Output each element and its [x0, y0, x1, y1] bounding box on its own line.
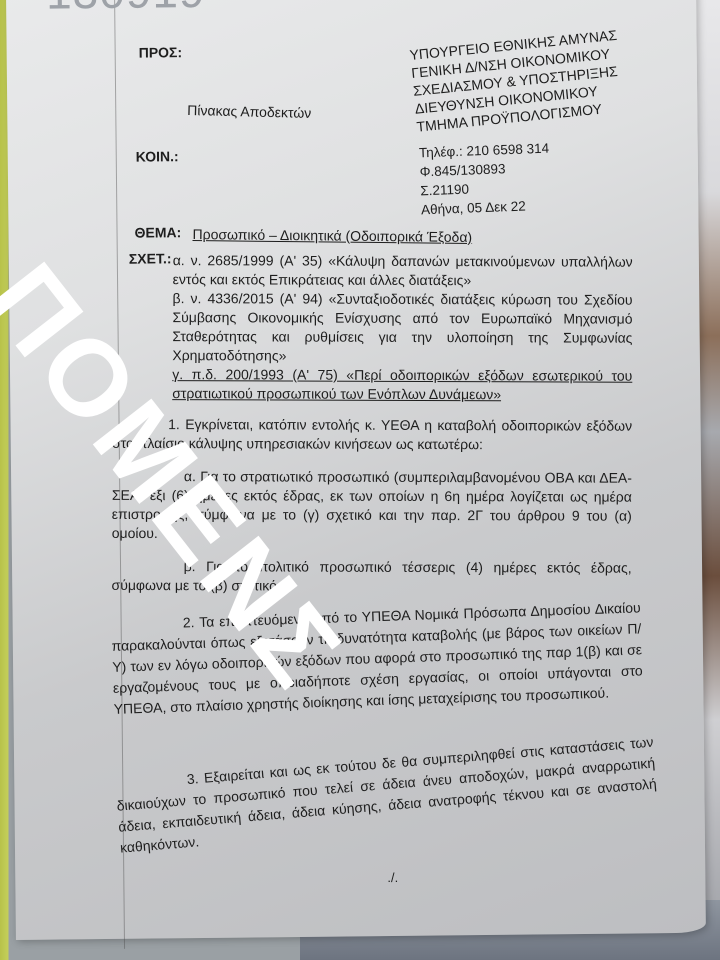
document-content: ΠΡΟΣ: Πίνακας Αποδεκτών ΚΟΙΝ.: ΥΠΟΥΡΓΕΙΟ…: [6, 0, 706, 940]
cc-label: ΚΟΙΝ.:: [136, 148, 179, 164]
subject-text: Προσωπικό – Διοικητικά (Οδοιπορικά Έξοδα…: [192, 226, 472, 245]
recipients: Πίνακας Αποδεκτών: [187, 102, 311, 121]
paragraph-3: 3. Εξαιρείται και ως εκ τούτου δε θα συμ…: [114, 732, 659, 859]
to-label: ΠΡΟΣ:: [139, 44, 183, 60]
document-page: 130919 ΠΡΟΣ: Πίνακας Αποδεκτών ΚΟΙΝ.: ΥΠ…: [6, 0, 706, 940]
reference-item: α. ν. 2685/1999 (Α' 35) «Κάλυψη δαπανών …: [173, 251, 633, 291]
paragraph-1: 1. Εγκρίνεται, κατόπιν εντολής κ. ΥΕΘΑ η…: [112, 415, 632, 455]
subject-label: ΘΕΜΑ:: [134, 224, 181, 240]
paragraph-2: 2. Τα εποπτευόμενα από το ΥΠΕΘΑ Νομικά Π…: [111, 597, 644, 720]
document-body-lower: 3. Εξαιρείται και ως εκ τούτου δε θα συμ…: [114, 732, 659, 859]
paragraph-1b: β. Για το πολιτικό προσωπικό τέσσερις (4…: [112, 557, 632, 597]
document-meta: Τηλέφ.: 210 6598 314 Φ.845/130893 Σ.2119…: [419, 139, 552, 220]
reference-item: γ. π.δ. 200/1993 (Α' 75) «Περί οδοιπορικ…: [172, 365, 632, 405]
continuation-mark: ./.: [387, 870, 398, 885]
paragraph-1a: α. Για το στρατιωτικό προσωπικό (συμπερι…: [112, 467, 632, 545]
reference-item: β. ν. 4336/2015 (Α' 94) «Συνταξιοδοτικές…: [172, 289, 632, 367]
document-body-upper: α. ν. 2685/1999 (Α' 35) «Κάλυψη δαπανών …: [112, 251, 633, 597]
issuing-organization: ΥΠΟΥΡΓΕΙΟ ΕΘΝΙΚΗΣ ΑΜΥΝΑΣ ΓΕΝΙΚΗ Δ/ΝΣΗ ΟΙ…: [409, 26, 625, 136]
place-date: Αθήνα, 05 Δεκ 22: [421, 196, 552, 220]
document-body-middle: 2. Τα εποπτευόμενα από το ΥΠΕΘΑ Νομικά Π…: [111, 597, 644, 720]
